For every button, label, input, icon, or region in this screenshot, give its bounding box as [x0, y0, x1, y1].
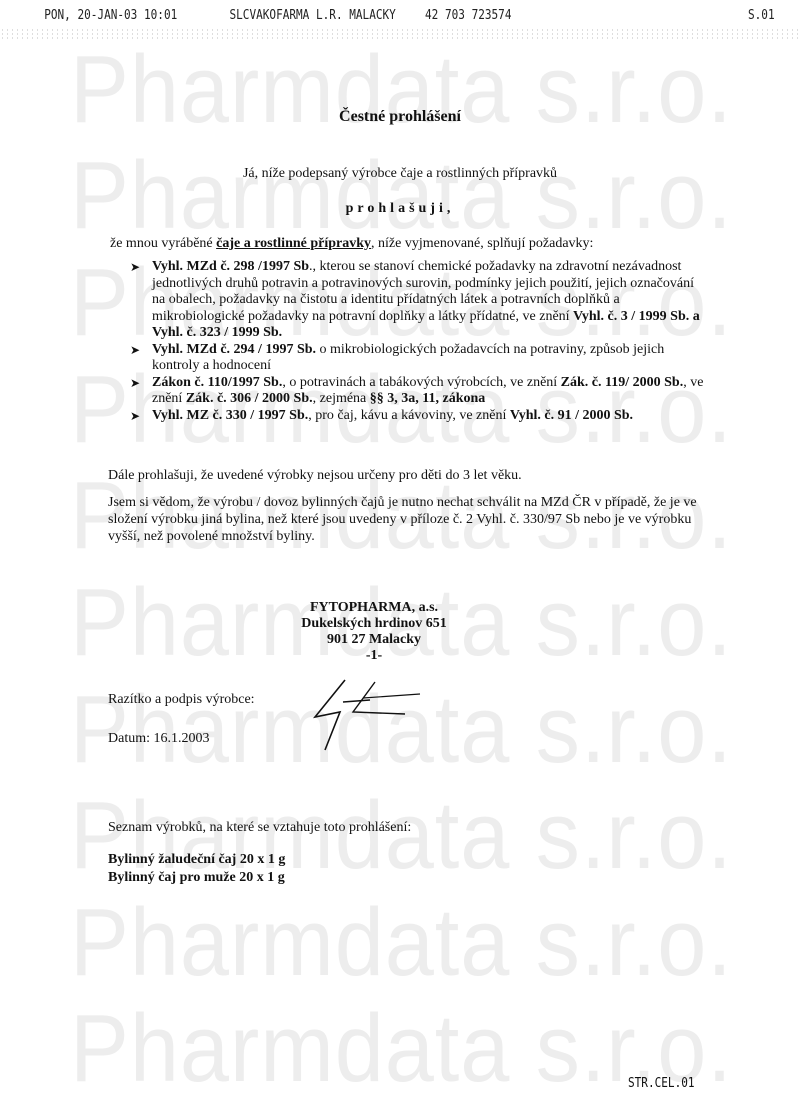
- approval-statement: Jsem si vědom, že výrobu / dovoz bylinný…: [108, 494, 708, 545]
- signature-icon: [305, 672, 425, 752]
- arrow-bullet-icon: ➤: [130, 408, 140, 425]
- regulation-ref: §§ 3, 3a, 11, zákona: [370, 391, 486, 406]
- regulation-ref: Vyhl. MZd č. 298 /1997 Sb: [152, 259, 309, 274]
- fax-footer: STR.CEL.01: [628, 1076, 695, 1091]
- product-item: Bylinný čaj pro muže 20 x 1 g: [108, 870, 285, 886]
- regulation-ref: Vyhl. MZ č. 330 / 1997 Sb.: [152, 408, 308, 423]
- company-name: FYTOPHARMA, a.s.: [0, 600, 774, 616]
- document-title: Čestné prohlášení: [0, 108, 800, 126]
- lead-suffix: , níže vyjmenované, splňují požadavky:: [371, 236, 593, 251]
- arrow-bullet-icon: ➤: [130, 259, 140, 276]
- requirements-list: ➤ Vyhl. MZd č. 298 /1997 Sb., kterou se …: [130, 259, 710, 424]
- declaration-word: prohlašuji,: [0, 201, 800, 217]
- arrow-bullet-icon: ➤: [130, 375, 140, 392]
- product-item: Bylinný žaludeční čaj 20 x 1 g: [108, 852, 285, 868]
- age-statement: Dále prohlašuji, že uvedené výrobky nejs…: [108, 467, 708, 484]
- requirement-item: ➤ Vyhl. MZd č. 294 / 1997 Sb. o mikrobio…: [130, 342, 710, 375]
- lead-prefix: že mnou vyráběné: [110, 236, 216, 251]
- regulation-text: , pro čaj, kávu a kávoviny, ve znění: [308, 408, 510, 423]
- product-list-label: Seznam výrobků, na které se vztahuje tot…: [108, 820, 411, 836]
- company-street: Dukelských hrdinov 651: [0, 616, 774, 632]
- lead-emphasis: čaje a rostlinné přípravky: [216, 236, 371, 251]
- date-line: Datum: 16.1.2003: [108, 731, 210, 747]
- requirement-item: ➤ Vyhl. MZd č. 298 /1997 Sb., kterou se …: [130, 259, 710, 342]
- regulation-ref: Vyhl. MZd č. 294 / 1997 Sb.: [152, 342, 316, 357]
- regulation-ref: Zákon č. 110/1997 Sb.: [152, 375, 282, 390]
- requirement-item: ➤ Zákon č. 110/1997 Sb., o potravinách a…: [130, 375, 710, 408]
- company-city: 901 27 Malacky: [0, 632, 774, 648]
- company-number: -1-: [0, 648, 774, 664]
- regulation-text: , zejména: [313, 391, 370, 406]
- intro-line: Já, níže podepsaný výrobce čaje a rostli…: [0, 166, 800, 182]
- requirement-item: ➤ Vyhl. MZ č. 330 / 1997 Sb., pro čaj, k…: [130, 408, 710, 425]
- regulation-text: , o potravinách a tabákových výrobcích, …: [282, 375, 560, 390]
- company-stamp: FYTOPHARMA, a.s. Dukelských hrdinov 651 …: [0, 600, 774, 664]
- document-page: Čestné prohlášení Já, níže podepsaný výr…: [0, 0, 800, 1100]
- regulation-ref: Zák. č. 119/ 2000 Sb.: [561, 375, 684, 390]
- regulation-ref: Zák. č. 306 / 2000 Sb.: [186, 391, 313, 406]
- arrow-bullet-icon: ➤: [130, 342, 140, 359]
- lead-sentence: že mnou vyráběné čaje a rostlinné přípra…: [110, 236, 593, 252]
- regulation-ref: Vyhl. č. 91 / 2000 Sb.: [510, 408, 633, 423]
- stamp-signature-label: Razítko a podpis výrobce:: [108, 692, 255, 708]
